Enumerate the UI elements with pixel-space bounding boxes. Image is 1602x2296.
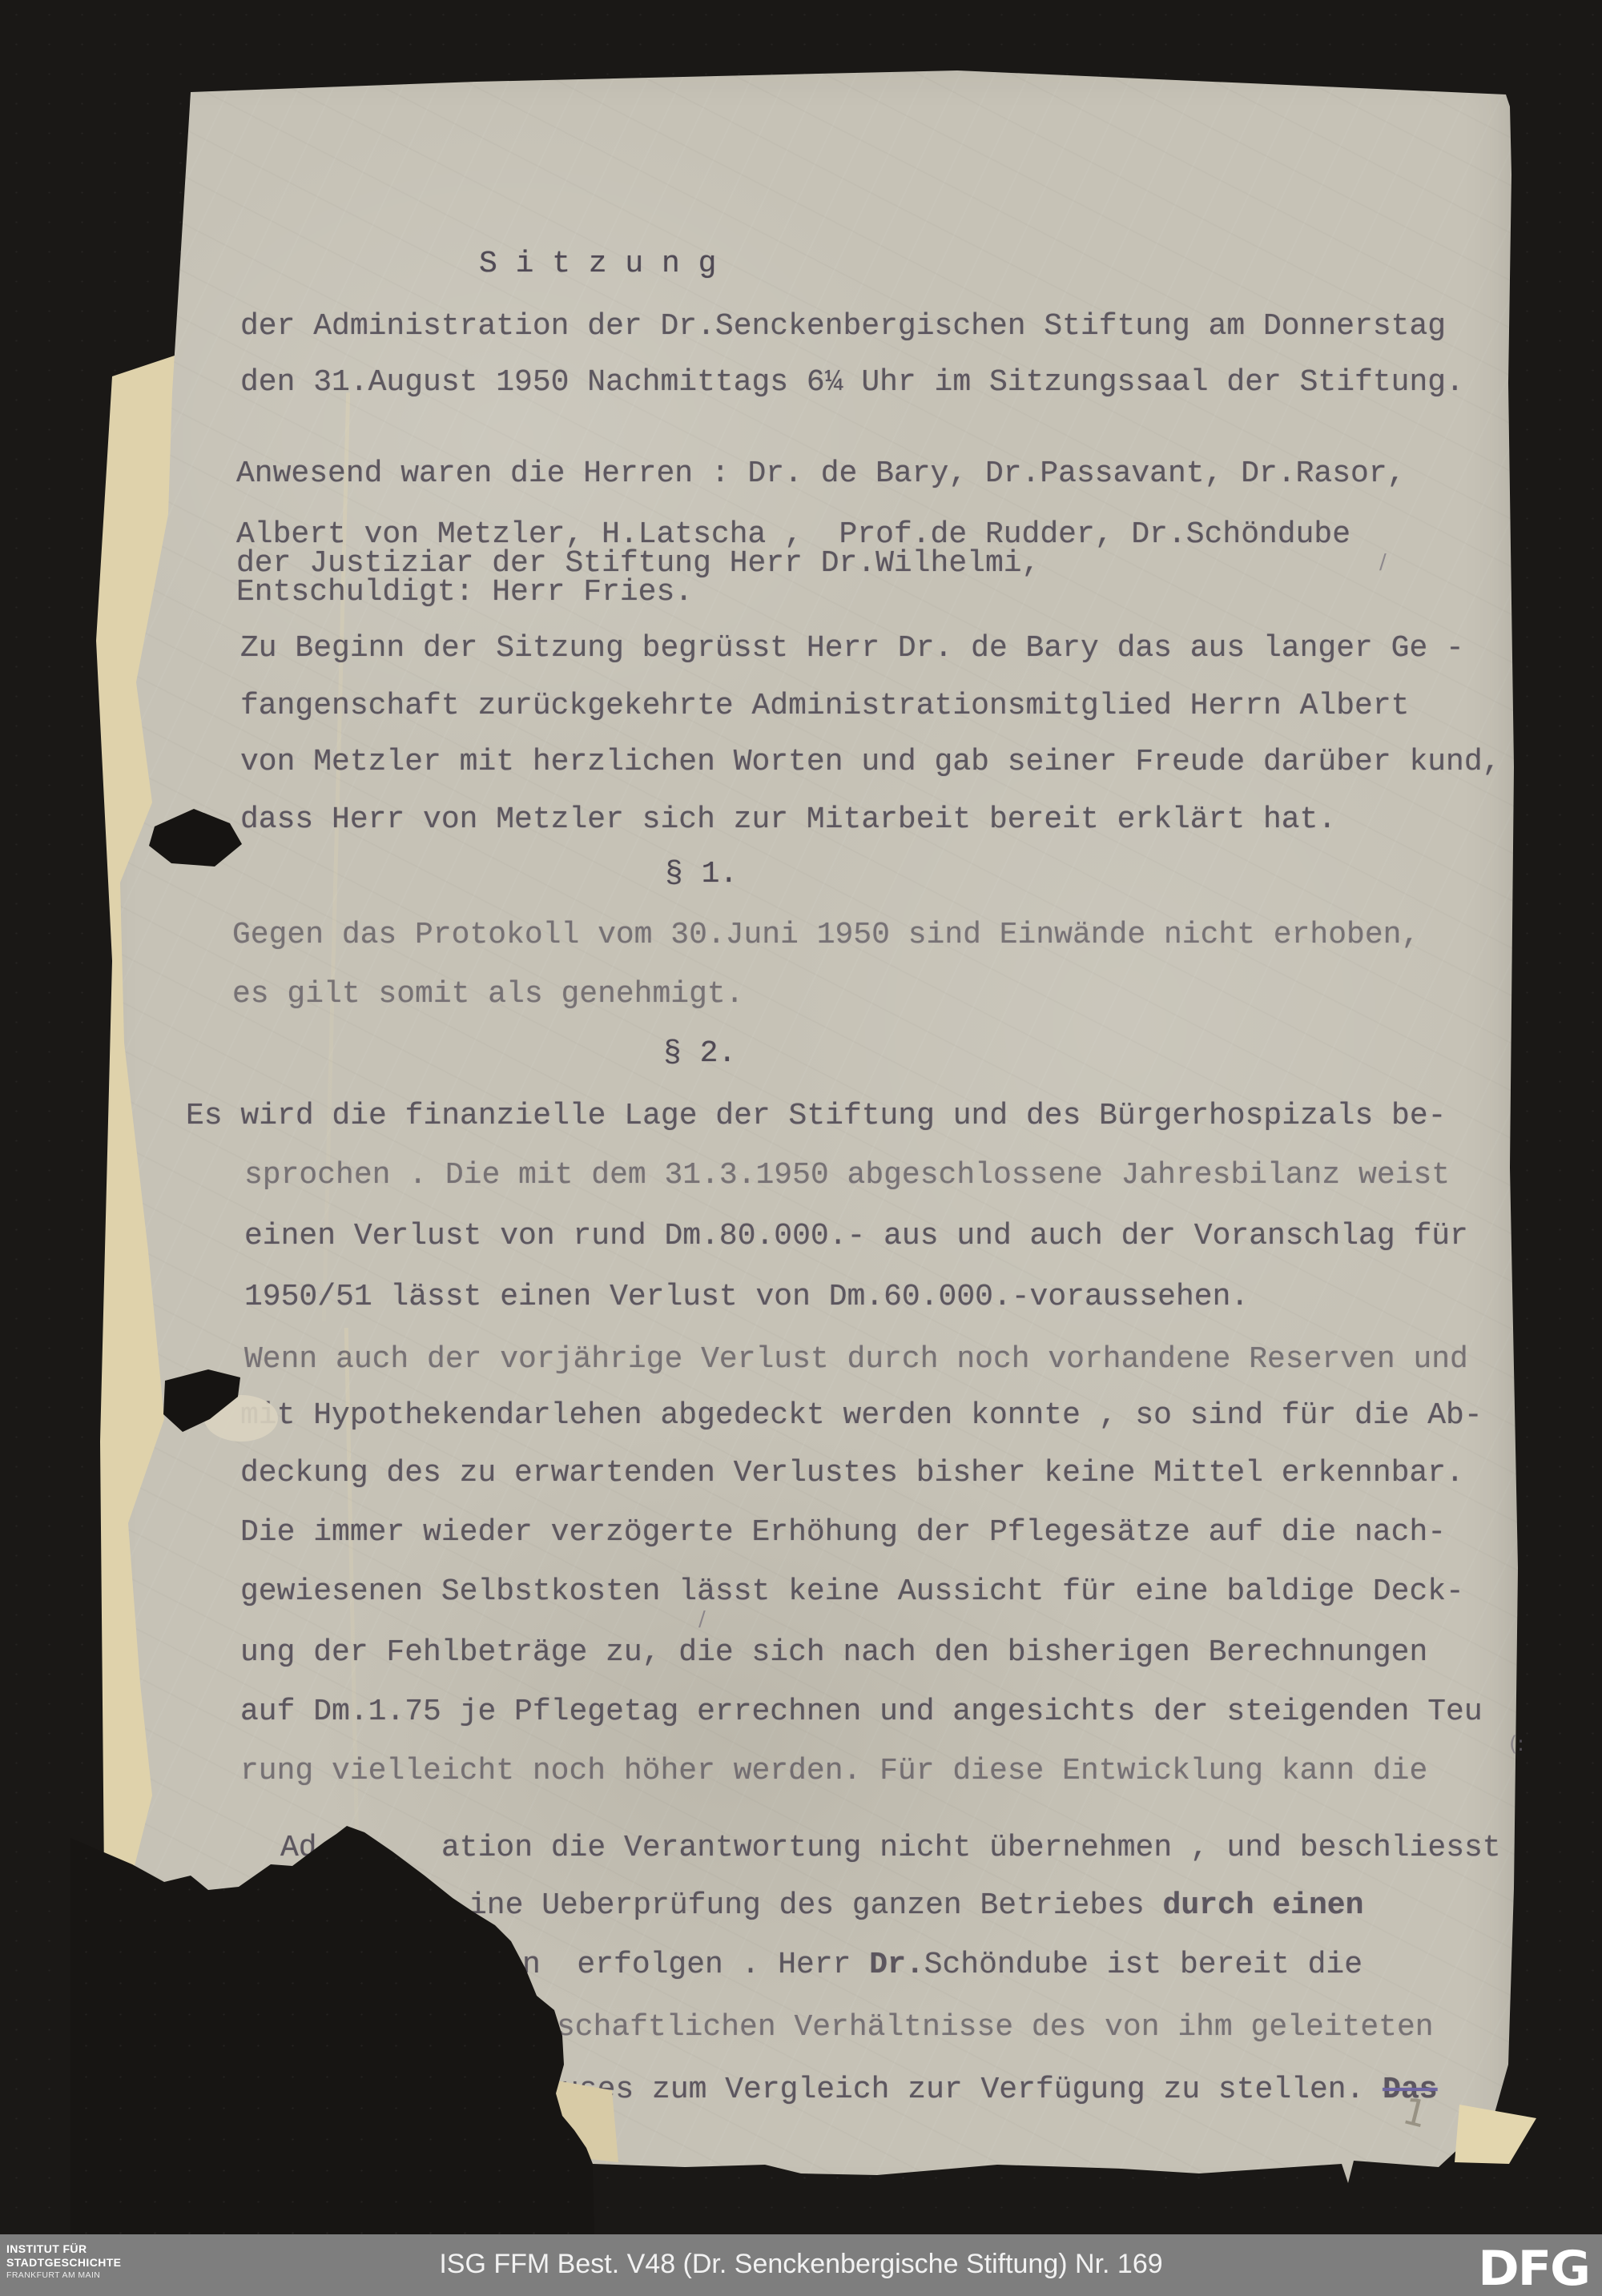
typewritten-line: der Administration der Dr.Senckenbergisc… bbox=[240, 311, 1446, 343]
typewritten-line: 1950/51 lässt einen Verlust von Dm.60.00… bbox=[244, 1281, 1249, 1313]
typewritten-line: mit Hypothekendarlehen abgedeckt werden … bbox=[240, 1400, 1483, 1432]
typewritten-line: es gilt somit als genehmigt. bbox=[232, 979, 744, 1011]
typewritten-line: S i t z u n g bbox=[479, 248, 716, 280]
handwritten-annotation: (: bbox=[1509, 1728, 1524, 1760]
typewritten-line: Es wird die finanzielle Lage der Stiftun… bbox=[186, 1100, 1446, 1132]
handwritten-annotation: / bbox=[1379, 546, 1387, 578]
typewritten-line: schaftlichen Verhältnisse des von ihm ge… bbox=[557, 2012, 1434, 2044]
typewritten-line: Wenn auch der vorjährige Verlust durch n… bbox=[244, 1344, 1468, 1376]
typewritten-line: uses zum Vergleich zur Verfügung zu stel… bbox=[561, 2074, 1438, 2106]
typewritten-line: ine Ueberprüfung des ganzen Betriebes du… bbox=[469, 1890, 1363, 1922]
typewritten-line: fangenschaft zurückgekehrte Administrati… bbox=[240, 690, 1409, 722]
typewritten-line: gewiesenen Selbstkosten lässt keine Auss… bbox=[240, 1576, 1464, 1608]
footer-bar: INSTITUT FÜR STADTGESCHICHTE FRANKFURT A… bbox=[0, 2234, 1602, 2296]
scan-background: S i t z u n gder Administration der Dr.S… bbox=[0, 0, 1602, 2296]
typewritten-line: deckung des zu erwartenden Verlustes bis… bbox=[240, 1458, 1464, 1490]
typewritten-text: n erfolgen . Herr bbox=[522, 1948, 869, 1982]
typewritten-line: Die immer wieder verzögerte Erhöhung der… bbox=[240, 1517, 1446, 1549]
typewritten-line: den 31.August 1950 Nachmittags 6¼ Uhr im… bbox=[240, 367, 1464, 399]
typewritten-line: einen Verlust von rund Dm.80.000.- aus u… bbox=[244, 1220, 1468, 1253]
typewritten-line: Entschuldigt: Herr Fries. bbox=[236, 577, 693, 609]
typewritten-emphasis: Dr. bbox=[869, 1948, 924, 1982]
archive-caption: ISG FFM Best. V48 (Dr. Senckenbergische … bbox=[0, 2249, 1602, 2280]
typewritten-line: auf Dm.1.75 je Pflegetag errechnen und a… bbox=[240, 1696, 1483, 1728]
dfg-logo: DFG bbox=[1478, 2240, 1589, 2296]
typewritten-line: dass Herr von Metzler sich zur Mitarbeit… bbox=[240, 804, 1336, 836]
typewritten-line: rung vielleicht noch höher werden. Für d… bbox=[240, 1755, 1427, 1787]
typewritten-line: § 1. bbox=[665, 858, 738, 891]
typewritten-text: uses zum Vergleich zur Verfügung zu stel… bbox=[561, 2073, 1383, 2107]
typewritten-line: Anwesend waren die Herren : Dr. de Bary,… bbox=[236, 458, 1405, 490]
handwritten-annotation: / bbox=[698, 1603, 706, 1635]
typewritten-text: Schöndube ist bereit die bbox=[924, 1948, 1363, 1982]
typewritten-line: sprochen . Die mit dem 31.3.1950 abgesch… bbox=[244, 1160, 1450, 1192]
typewritten-text: ine Ueberprüfung des ganzen Betriebes bbox=[469, 1888, 1163, 1923]
typewritten-line: § 2. bbox=[663, 1038, 736, 1070]
typewritten-line: von Metzler mit herzlichen Worten und ga… bbox=[240, 746, 1500, 778]
typewritten-emphasis: durch einen bbox=[1163, 1888, 1364, 1923]
typewritten-line: Zu Beginn der Sitzung begrüsst Herr Dr. … bbox=[240, 633, 1464, 665]
typewritten-line: Gegen das Protokoll vom 30.Juni 1950 sin… bbox=[232, 919, 1419, 951]
typewritten-line: ung der Fehlbeträge zu, die sich nach de… bbox=[240, 1637, 1427, 1669]
typewritten-line: n erfolgen . Herr Dr.Schöndube ist berei… bbox=[522, 1949, 1363, 1981]
typewritten-line: ation die Verantwortung nicht übernehmen… bbox=[441, 1832, 1501, 1864]
